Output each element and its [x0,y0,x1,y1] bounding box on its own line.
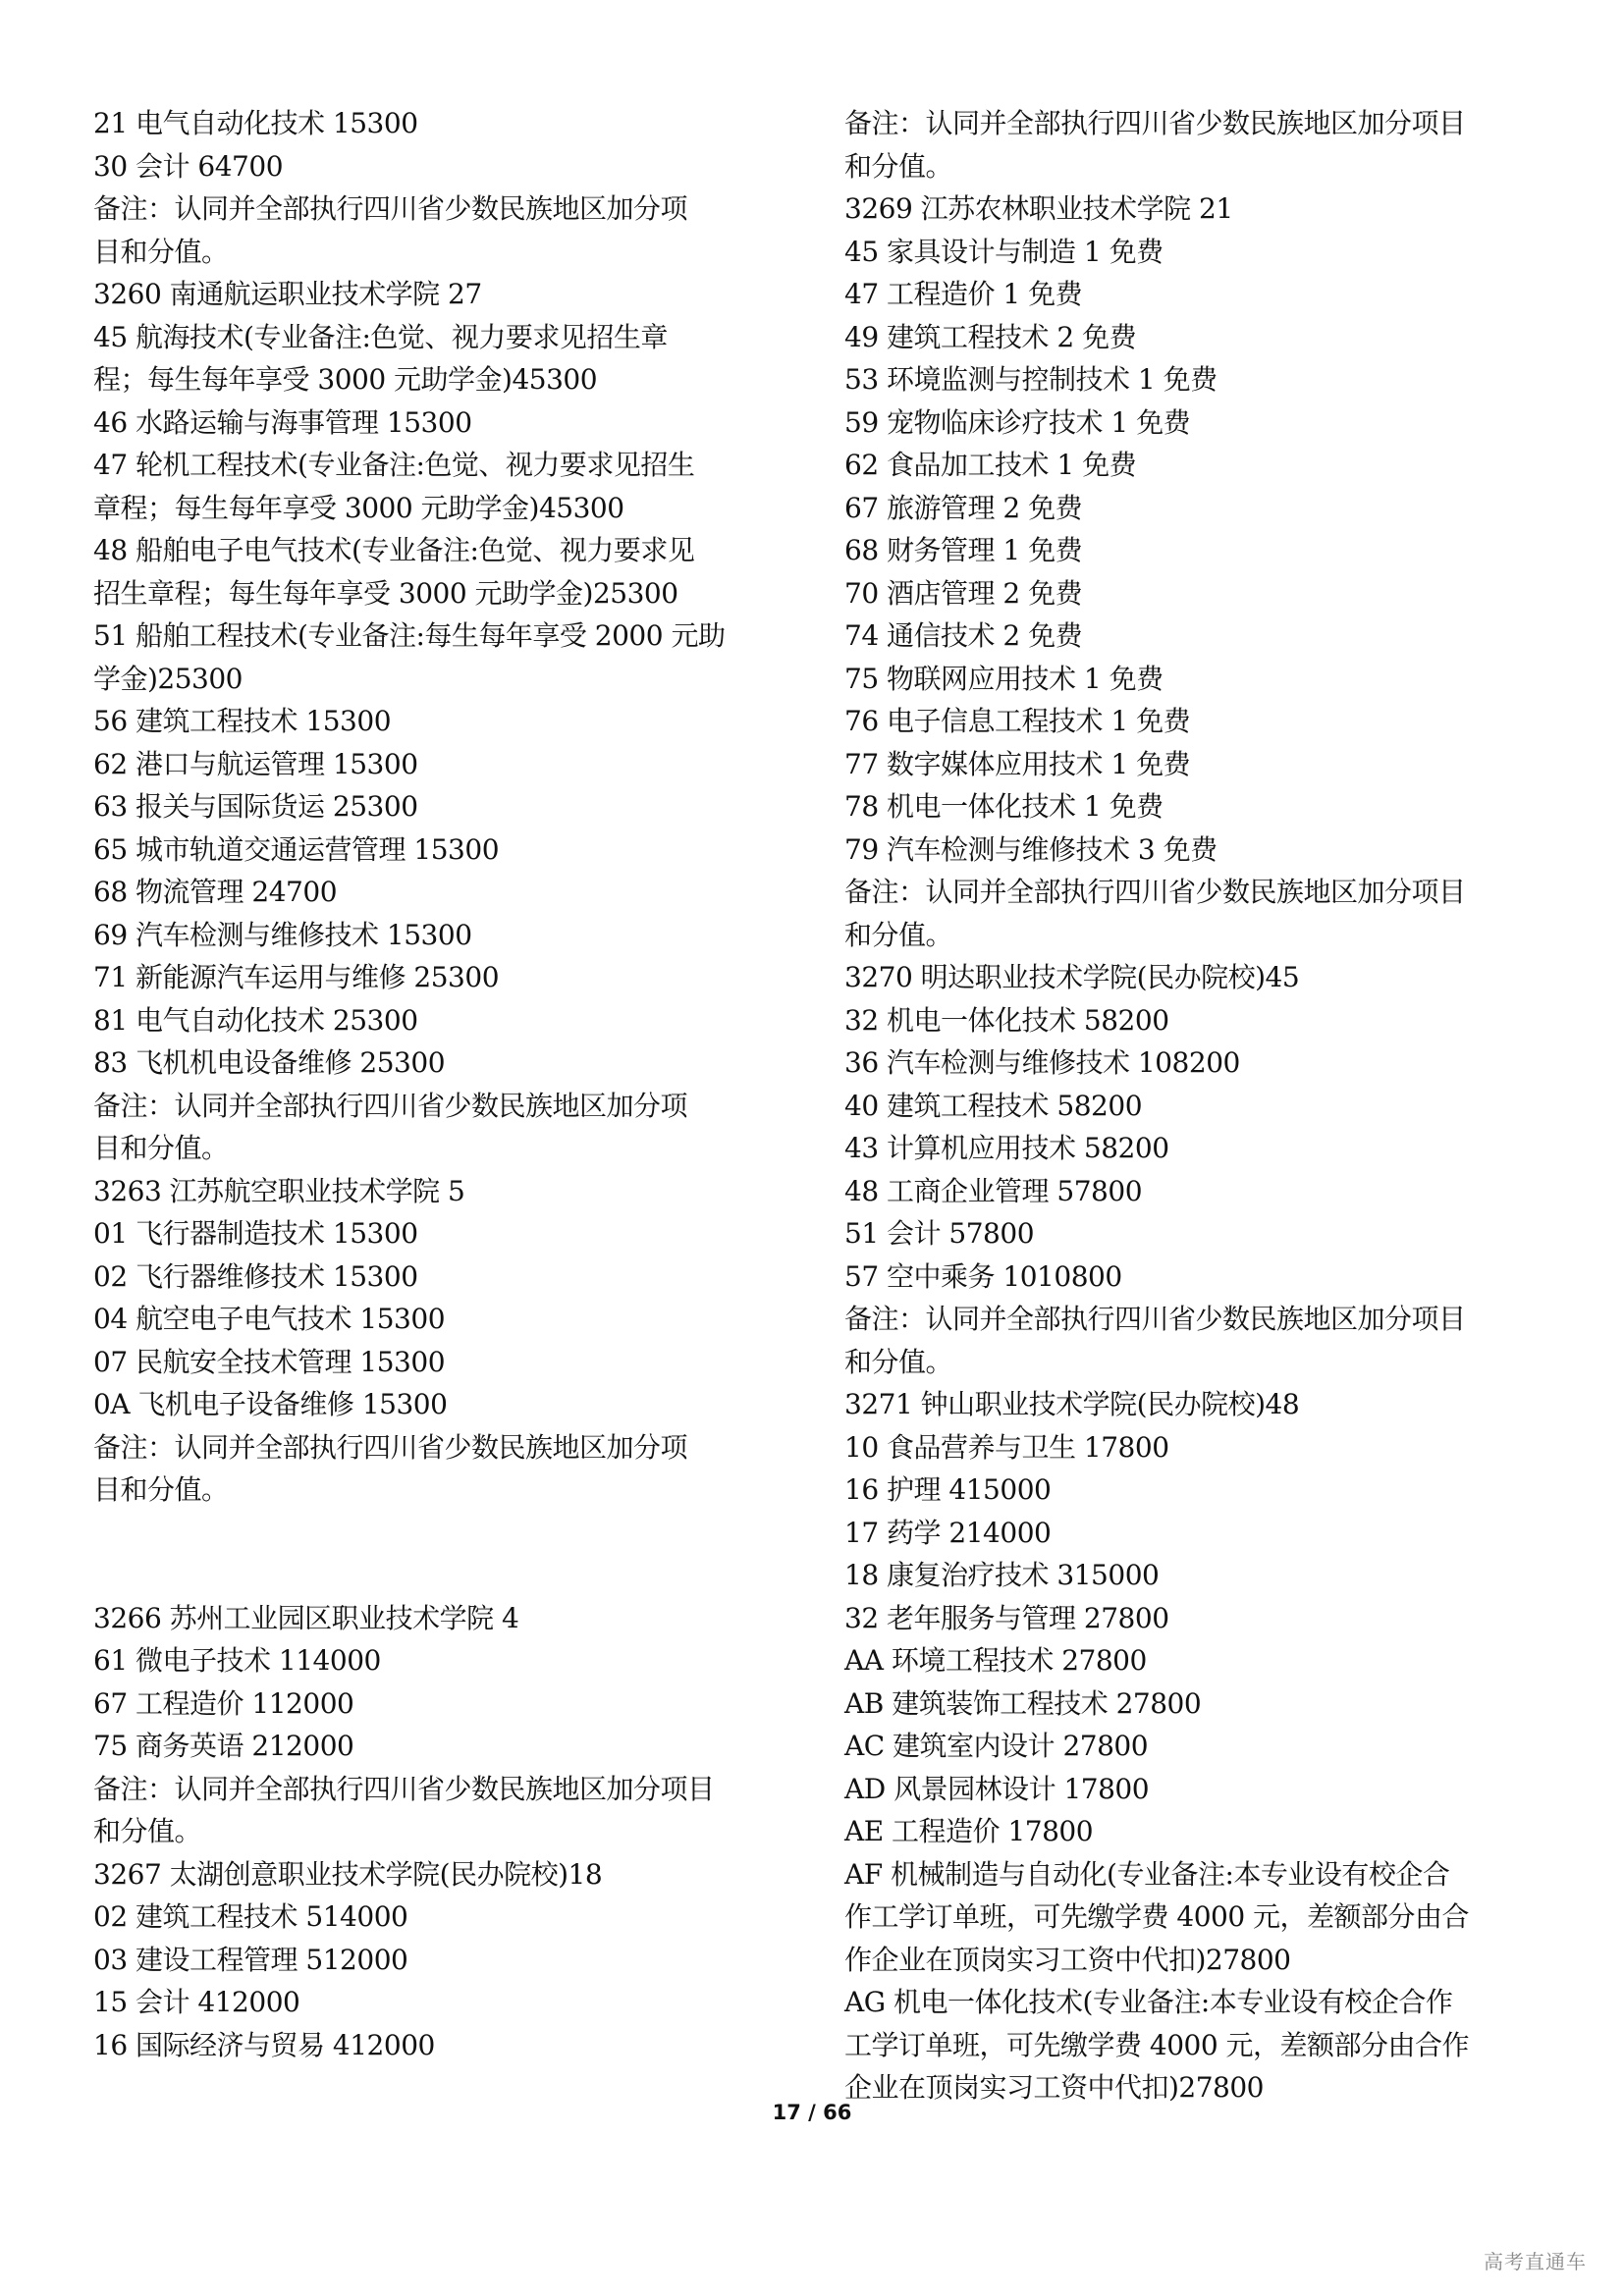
text-line: 17 药学 214000 [844,1512,1532,1555]
text-line: 备注：认同并全部执行四川省少数民族地区加分项目 [844,102,1532,145]
text-line: 65 城市轨道交通运营管理 15300 [93,828,781,872]
text-line: 59 宠物临床诊疗技术 1 免费 [844,401,1532,445]
text-line: 75 物联网应用技术 1 免费 [844,658,1532,701]
text-line: 63 报关与国际货运 25300 [93,785,781,828]
text-line: 77 数字媒体应用技术 1 免费 [844,743,1532,786]
text-line: 3270 明达职业技术学院(民办院校)45 [844,956,1532,999]
text-line: 32 机电一体化技术 58200 [844,999,1532,1042]
text-line: 0A 飞机电子设备维修 15300 [93,1383,781,1426]
text-line: 78 机电一体化技术 1 免费 [844,785,1532,828]
text-line: 10 食品营养与卫生 17800 [844,1426,1532,1469]
text-line: 目和分值。 [93,1127,781,1170]
text-line: 3267 太湖创意职业技术学院(民办院校)18 [93,1853,781,1896]
text-line: 18 康复治疗技术 315000 [844,1554,1532,1597]
text-line: 83 飞机机电设备维修 25300 [93,1041,781,1085]
right-column: 备注：认同并全部执行四川省少数民族地区加分项目和分值。3269 江苏农林职业技术… [844,102,1532,2109]
text-line: 3269 江苏农林职业技术学院 21 [844,187,1532,231]
text-line: AE 工程造价 17800 [844,1810,1532,1853]
text-line: 48 船舶电子电气技术(专业备注:色觉、视力要求见 [93,529,781,572]
text-line: 02 飞行器维修技术 15300 [93,1255,781,1299]
text-line: 3260 南通航运职业技术学院 27 [93,273,781,316]
text-line: 15 会计 412000 [93,1981,781,2024]
text-line: 备注：认同并全部执行四川省少数民族地区加分项目 [93,1768,781,1811]
text-line: 53 环境监测与控制技术 1 免费 [844,358,1532,401]
text-line: 79 汽车检测与维修技术 3 免费 [844,828,1532,872]
text-line [93,1554,781,1597]
text-line: 56 建筑工程技术 15300 [93,700,781,743]
text-line: AF 机械制造与自动化(专业备注:本专业设有校企合 [844,1853,1532,1896]
text-line: 作工学订单班，可先缴学费 4000 元，差额部分由合 [844,1896,1532,1939]
text-line: 备注：认同并全部执行四川省少数民族地区加分项 [93,1085,781,1128]
text-line: 70 酒店管理 2 免费 [844,572,1532,615]
text-line: 备注：认同并全部执行四川省少数民族地区加分项 [93,1426,781,1469]
text-line: 75 商务英语 212000 [93,1725,781,1768]
text-line: 76 电子信息工程技术 1 免费 [844,700,1532,743]
text-line: AD 风景园林设计 17800 [844,1768,1532,1811]
text-line: 和分值。 [844,145,1532,188]
text-line: 程；每生每年享受 3000 元助学金)45300 [93,358,781,401]
text-line: 工学订单班，可先缴学费 4000 元，差额部分由合作 [844,2024,1532,2067]
text-line: AA 环境工程技术 27800 [844,1639,1532,1682]
left-column: 21 电气自动化技术 1530030 会计 64700备注：认同并全部执行四川省… [93,102,781,2066]
text-line: 03 建设工程管理 512000 [93,1939,781,1982]
text-line: 74 通信技术 2 免费 [844,614,1532,658]
text-line: 47 轮机工程技术(专业备注:色觉、视力要求见招生 [93,444,781,487]
text-line: 69 汽车检测与维修技术 15300 [93,914,781,957]
text-line: 01 飞行器制造技术 15300 [93,1212,781,1255]
text-line: 21 电气自动化技术 15300 [93,102,781,145]
text-line: 36 汽车检测与维修技术 108200 [844,1041,1532,1085]
text-line: 目和分值。 [93,231,781,274]
text-line: AB 建筑装饰工程技术 27800 [844,1682,1532,1726]
text-line: AG 机电一体化技术(专业备注:本专业设有校企合作 [844,1981,1532,2024]
text-line: 51 会计 57800 [844,1212,1532,1255]
text-line: 71 新能源汽车运用与维修 25300 [93,956,781,999]
text-line: 3263 江苏航空职业技术学院 5 [93,1170,781,1213]
text-line: 和分值。 [93,1810,781,1853]
text-line: 目和分值。 [93,1468,781,1512]
text-line: 67 旅游管理 2 免费 [844,487,1532,530]
text-line: 62 港口与航运管理 15300 [93,743,781,786]
text-line: 16 国际经济与贸易 412000 [93,2024,781,2067]
text-line: AC 建筑室内设计 27800 [844,1725,1532,1768]
text-line: 62 食品加工技术 1 免费 [844,444,1532,487]
text-line [93,1512,781,1555]
text-line: 30 会计 64700 [93,145,781,188]
watermark: 高考直通车 [1484,2246,1587,2274]
text-line: 07 民航安全技术管理 15300 [93,1341,781,1384]
text-line: 作企业在顶岗实习工资中代扣)27800 [844,1939,1532,1982]
text-line: 备注：认同并全部执行四川省少数民族地区加分项 [93,187,781,231]
text-line: 49 建筑工程技术 2 免费 [844,316,1532,359]
text-line: 43 计算机应用技术 58200 [844,1127,1532,1170]
text-line: 48 工商企业管理 57800 [844,1170,1532,1213]
text-line: 67 工程造价 112000 [93,1682,781,1726]
text-line: 和分值。 [844,1341,1532,1384]
text-line: 68 物流管理 24700 [93,871,781,914]
text-line: 46 水路运输与海事管理 15300 [93,401,781,445]
text-line: 学金)25300 [93,658,781,701]
text-line: 40 建筑工程技术 58200 [844,1085,1532,1128]
text-line: 51 船舶工程技术(专业备注:每生每年享受 2000 元助 [93,614,781,658]
text-line: 47 工程造价 1 免费 [844,273,1532,316]
page-number: 17 / 66 [0,2101,1624,2124]
text-line: 备注：认同并全部执行四川省少数民族地区加分项目 [844,1298,1532,1341]
text-line: 章程；每生每年享受 3000 元助学金)45300 [93,487,781,530]
text-line: 45 家具设计与制造 1 免费 [844,231,1532,274]
text-line: 81 电气自动化技术 25300 [93,999,781,1042]
text-line: 3266 苏州工业园区职业技术学院 4 [93,1597,781,1640]
text-line: 3271 钟山职业技术学院(民办院校)48 [844,1383,1532,1426]
text-line: 备注：认同并全部执行四川省少数民族地区加分项目 [844,871,1532,914]
text-line: 招生章程；每生每年享受 3000 元助学金)25300 [93,572,781,615]
text-line: 04 航空电子电气技术 15300 [93,1298,781,1341]
text-line: 16 护理 415000 [844,1468,1532,1512]
text-line: 和分值。 [844,914,1532,957]
text-line: 45 航海技术(专业备注:色觉、视力要求见招生章 [93,316,781,359]
text-line: 61 微电子技术 114000 [93,1639,781,1682]
text-line: 02 建筑工程技术 514000 [93,1896,781,1939]
text-line: 57 空中乘务 1010800 [844,1255,1532,1299]
text-line: 68 财务管理 1 免费 [844,529,1532,572]
text-line: 32 老年服务与管理 27800 [844,1597,1532,1640]
